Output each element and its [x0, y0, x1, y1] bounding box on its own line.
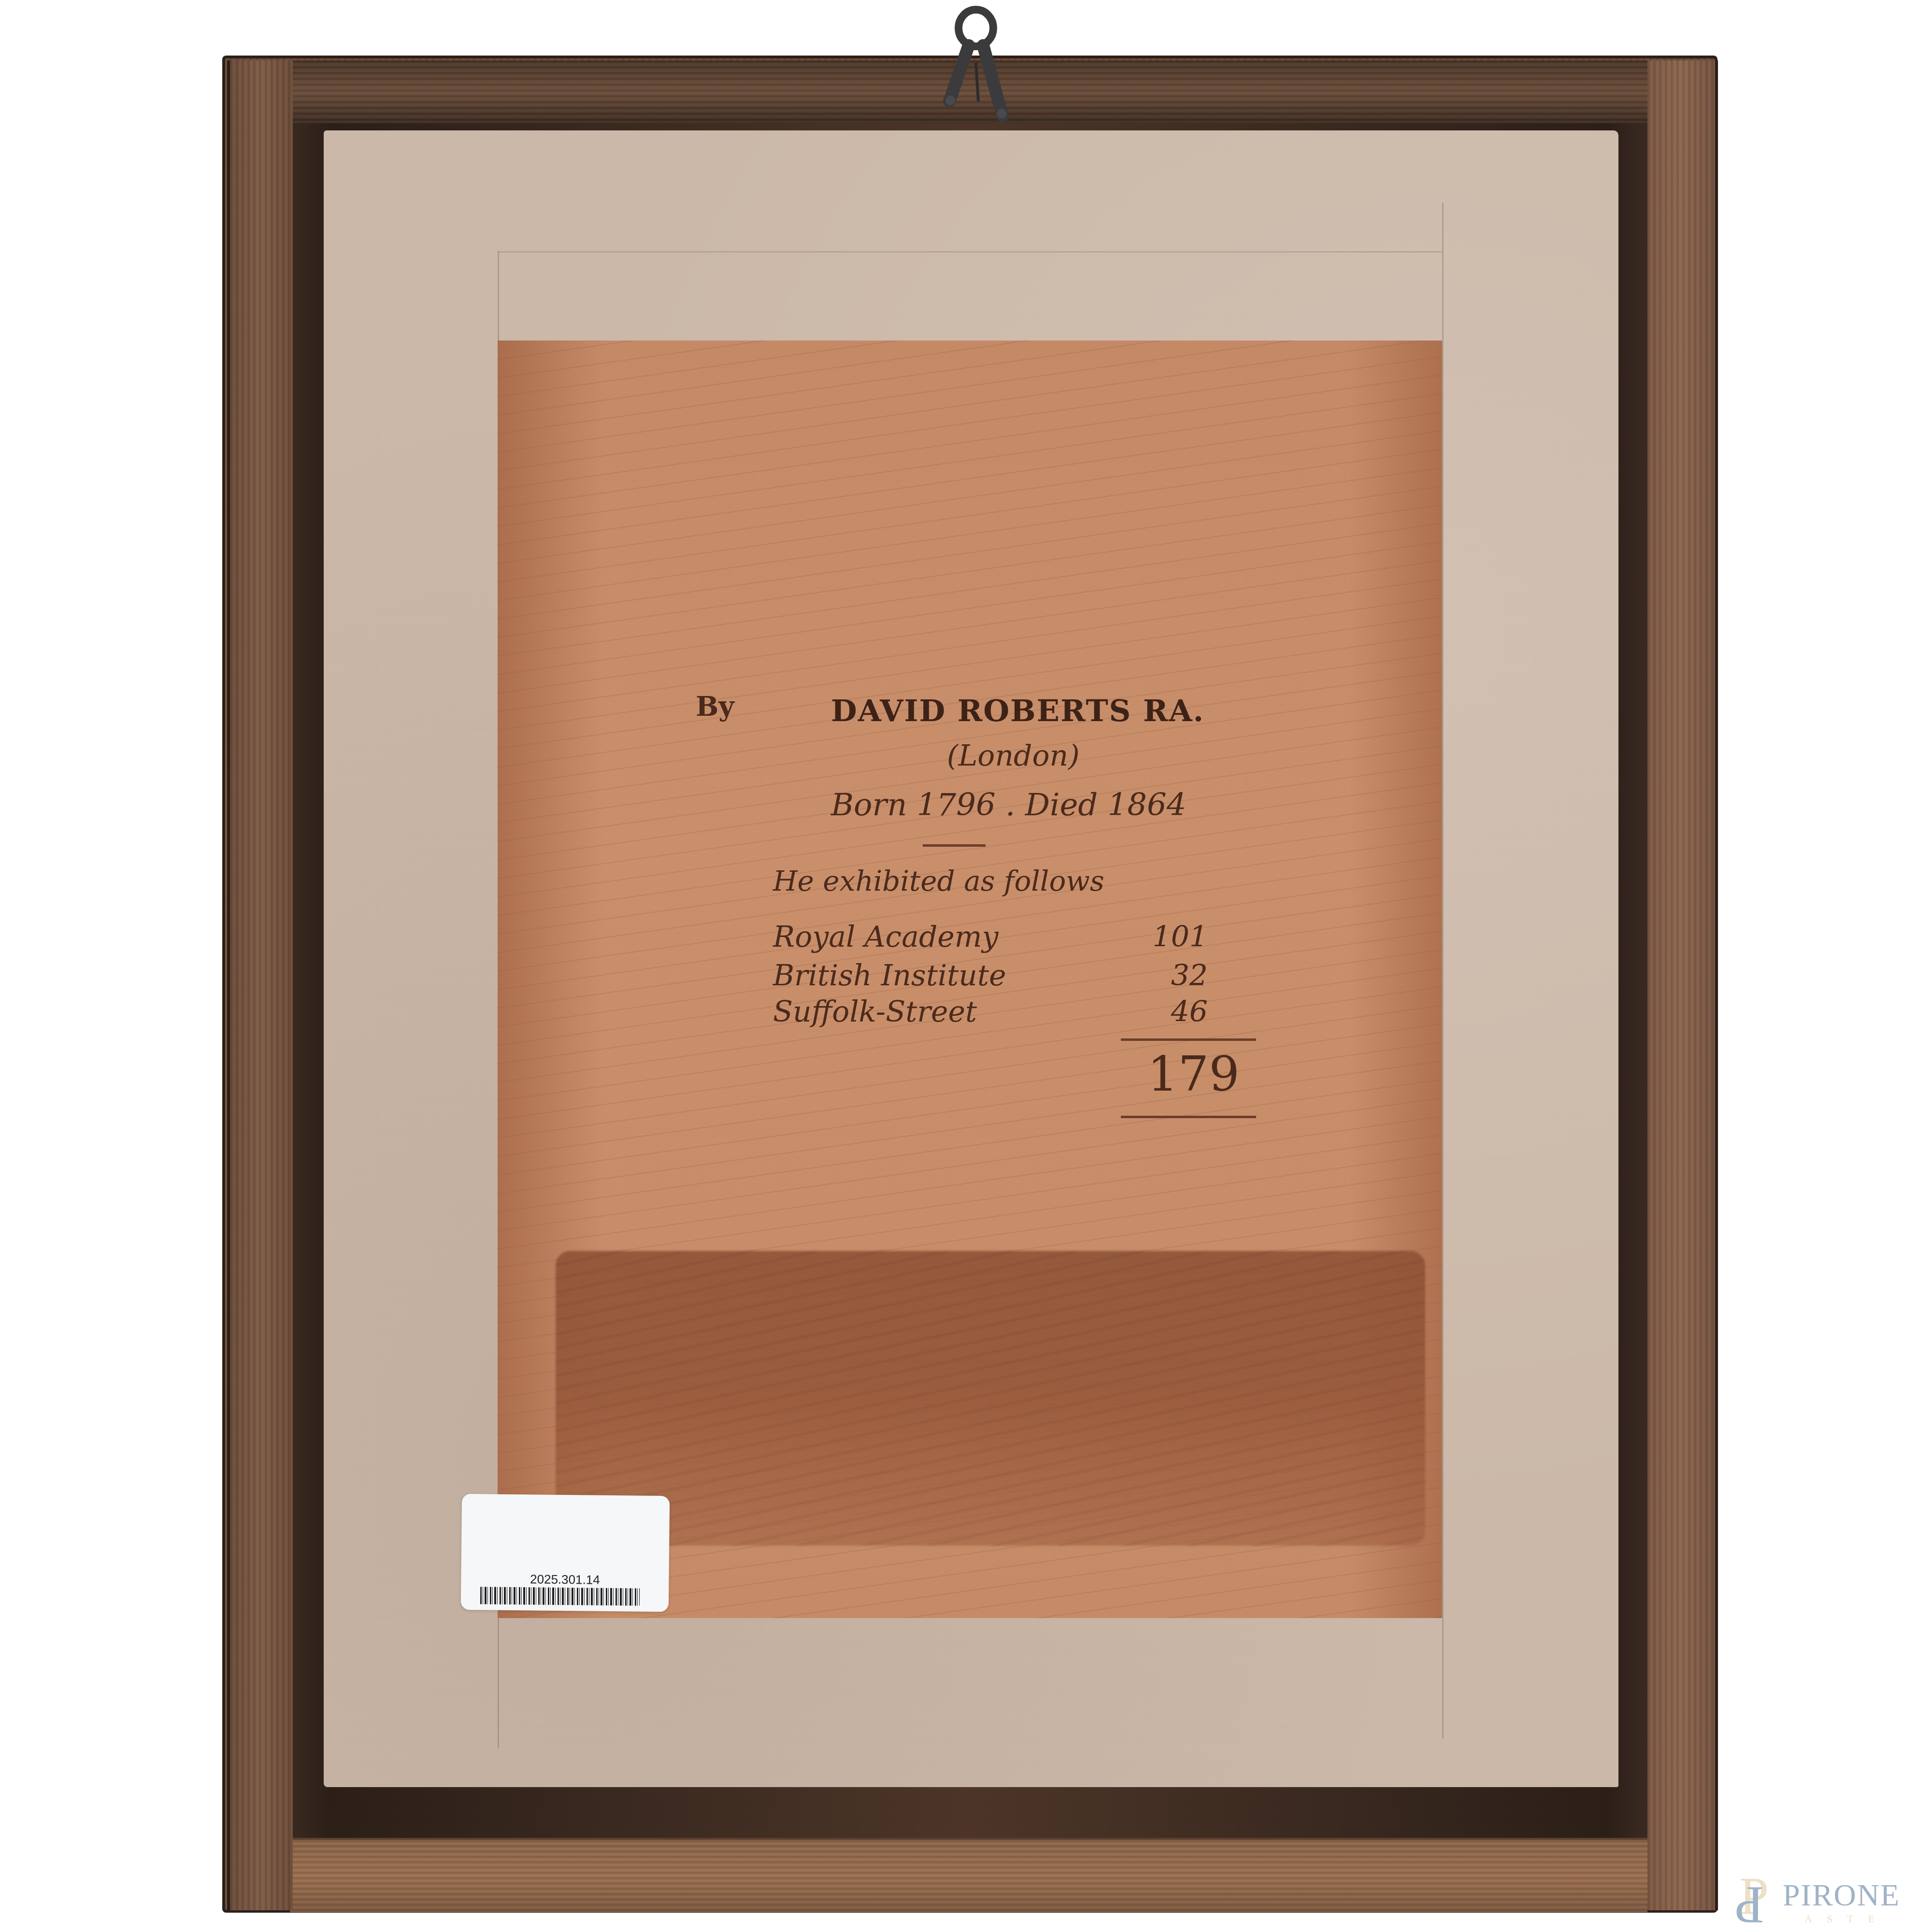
exhibition-venue: British Institute — [773, 959, 1006, 993]
frame-right-stile — [1647, 60, 1718, 1910]
watermark-logo: P P PIRONE ASTE — [1734, 1869, 1932, 1932]
inventory-number: 2025.301.14 — [461, 1571, 669, 1589]
inscription-dates: Born 1796 . Died 1864 — [831, 787, 1186, 823]
inscription-by: By — [696, 691, 734, 723]
barcode-icon — [480, 1587, 640, 1605]
paper-seam — [1442, 203, 1444, 1739]
exhibition-count: 46 — [1171, 995, 1208, 1029]
exhibition-venue: Royal Academy — [773, 920, 999, 954]
total-rule-bottom — [1121, 1116, 1256, 1118]
exhibition-count: 32 — [1171, 959, 1208, 993]
watermark-name: PIRONE — [1783, 1880, 1900, 1911]
monogram-mirrored-p-icon: P — [1734, 1879, 1764, 1932]
frame-bottom-rail — [290, 1838, 1647, 1912]
inventory-sticker: 2025.301.14 — [461, 1494, 670, 1612]
exhibition-venue: Suffolk-Street — [773, 995, 977, 1029]
inscription-total: 179 — [1147, 1046, 1240, 1102]
hanging-loop-icon — [930, 5, 1022, 130]
total-rule-top — [1121, 1038, 1256, 1041]
photo-canvas: By DAVID ROBERTS RA. (London) Born 1796 … — [0, 0, 1932, 1932]
exhibition-count: 101 — [1152, 920, 1208, 954]
watermark-subtitle: ASTE — [1804, 1914, 1889, 1924]
inscription-city: (London) — [947, 739, 1080, 773]
inscription-exhibited-heading: He exhibited as follows — [773, 865, 1104, 897]
paper-seam — [498, 251, 1442, 253]
inscription-divider — [923, 844, 986, 847]
inscription-artist-name: DAVID ROBERTS RA. — [831, 693, 1204, 728]
frame-left-stile — [227, 60, 293, 1910]
wood-dark-stain-band — [556, 1251, 1425, 1546]
